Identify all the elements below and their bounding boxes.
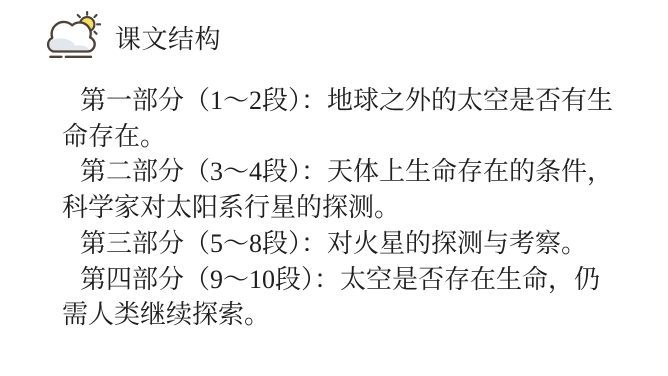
text-line-7: 需人类继续探索。 <box>62 297 642 333</box>
text-line-4: 科学家对太阳系行星的探测。 <box>62 190 642 226</box>
slide: 课文结构 第一部分（1～2段）：地球之外的太空是否有生 命存在。 第二部分（3～… <box>0 0 668 376</box>
slide-header: 课文结构 <box>45 10 221 61</box>
body-text: 第一部分（1～2段）：地球之外的太空是否有生 命存在。 第二部分（3～4段）：天… <box>62 83 642 333</box>
text-line-1: 第一部分（1～2段）：地球之外的太空是否有生 <box>62 83 642 119</box>
text-line-3: 第二部分（3～4段）：天体上生命存在的条件， <box>62 154 642 190</box>
partly-cloudy-sun-icon <box>45 10 107 61</box>
text-line-6: 第四部分（9～10段）：太空是否存在生命，仍 <box>62 262 642 298</box>
text-line-5: 第三部分（5～8段）：对火星的探测与考察。 <box>62 226 642 262</box>
cloud-icon <box>46 22 95 57</box>
text-line-2: 命存在。 <box>62 119 642 155</box>
page-title: 课文结构 <box>115 23 221 57</box>
